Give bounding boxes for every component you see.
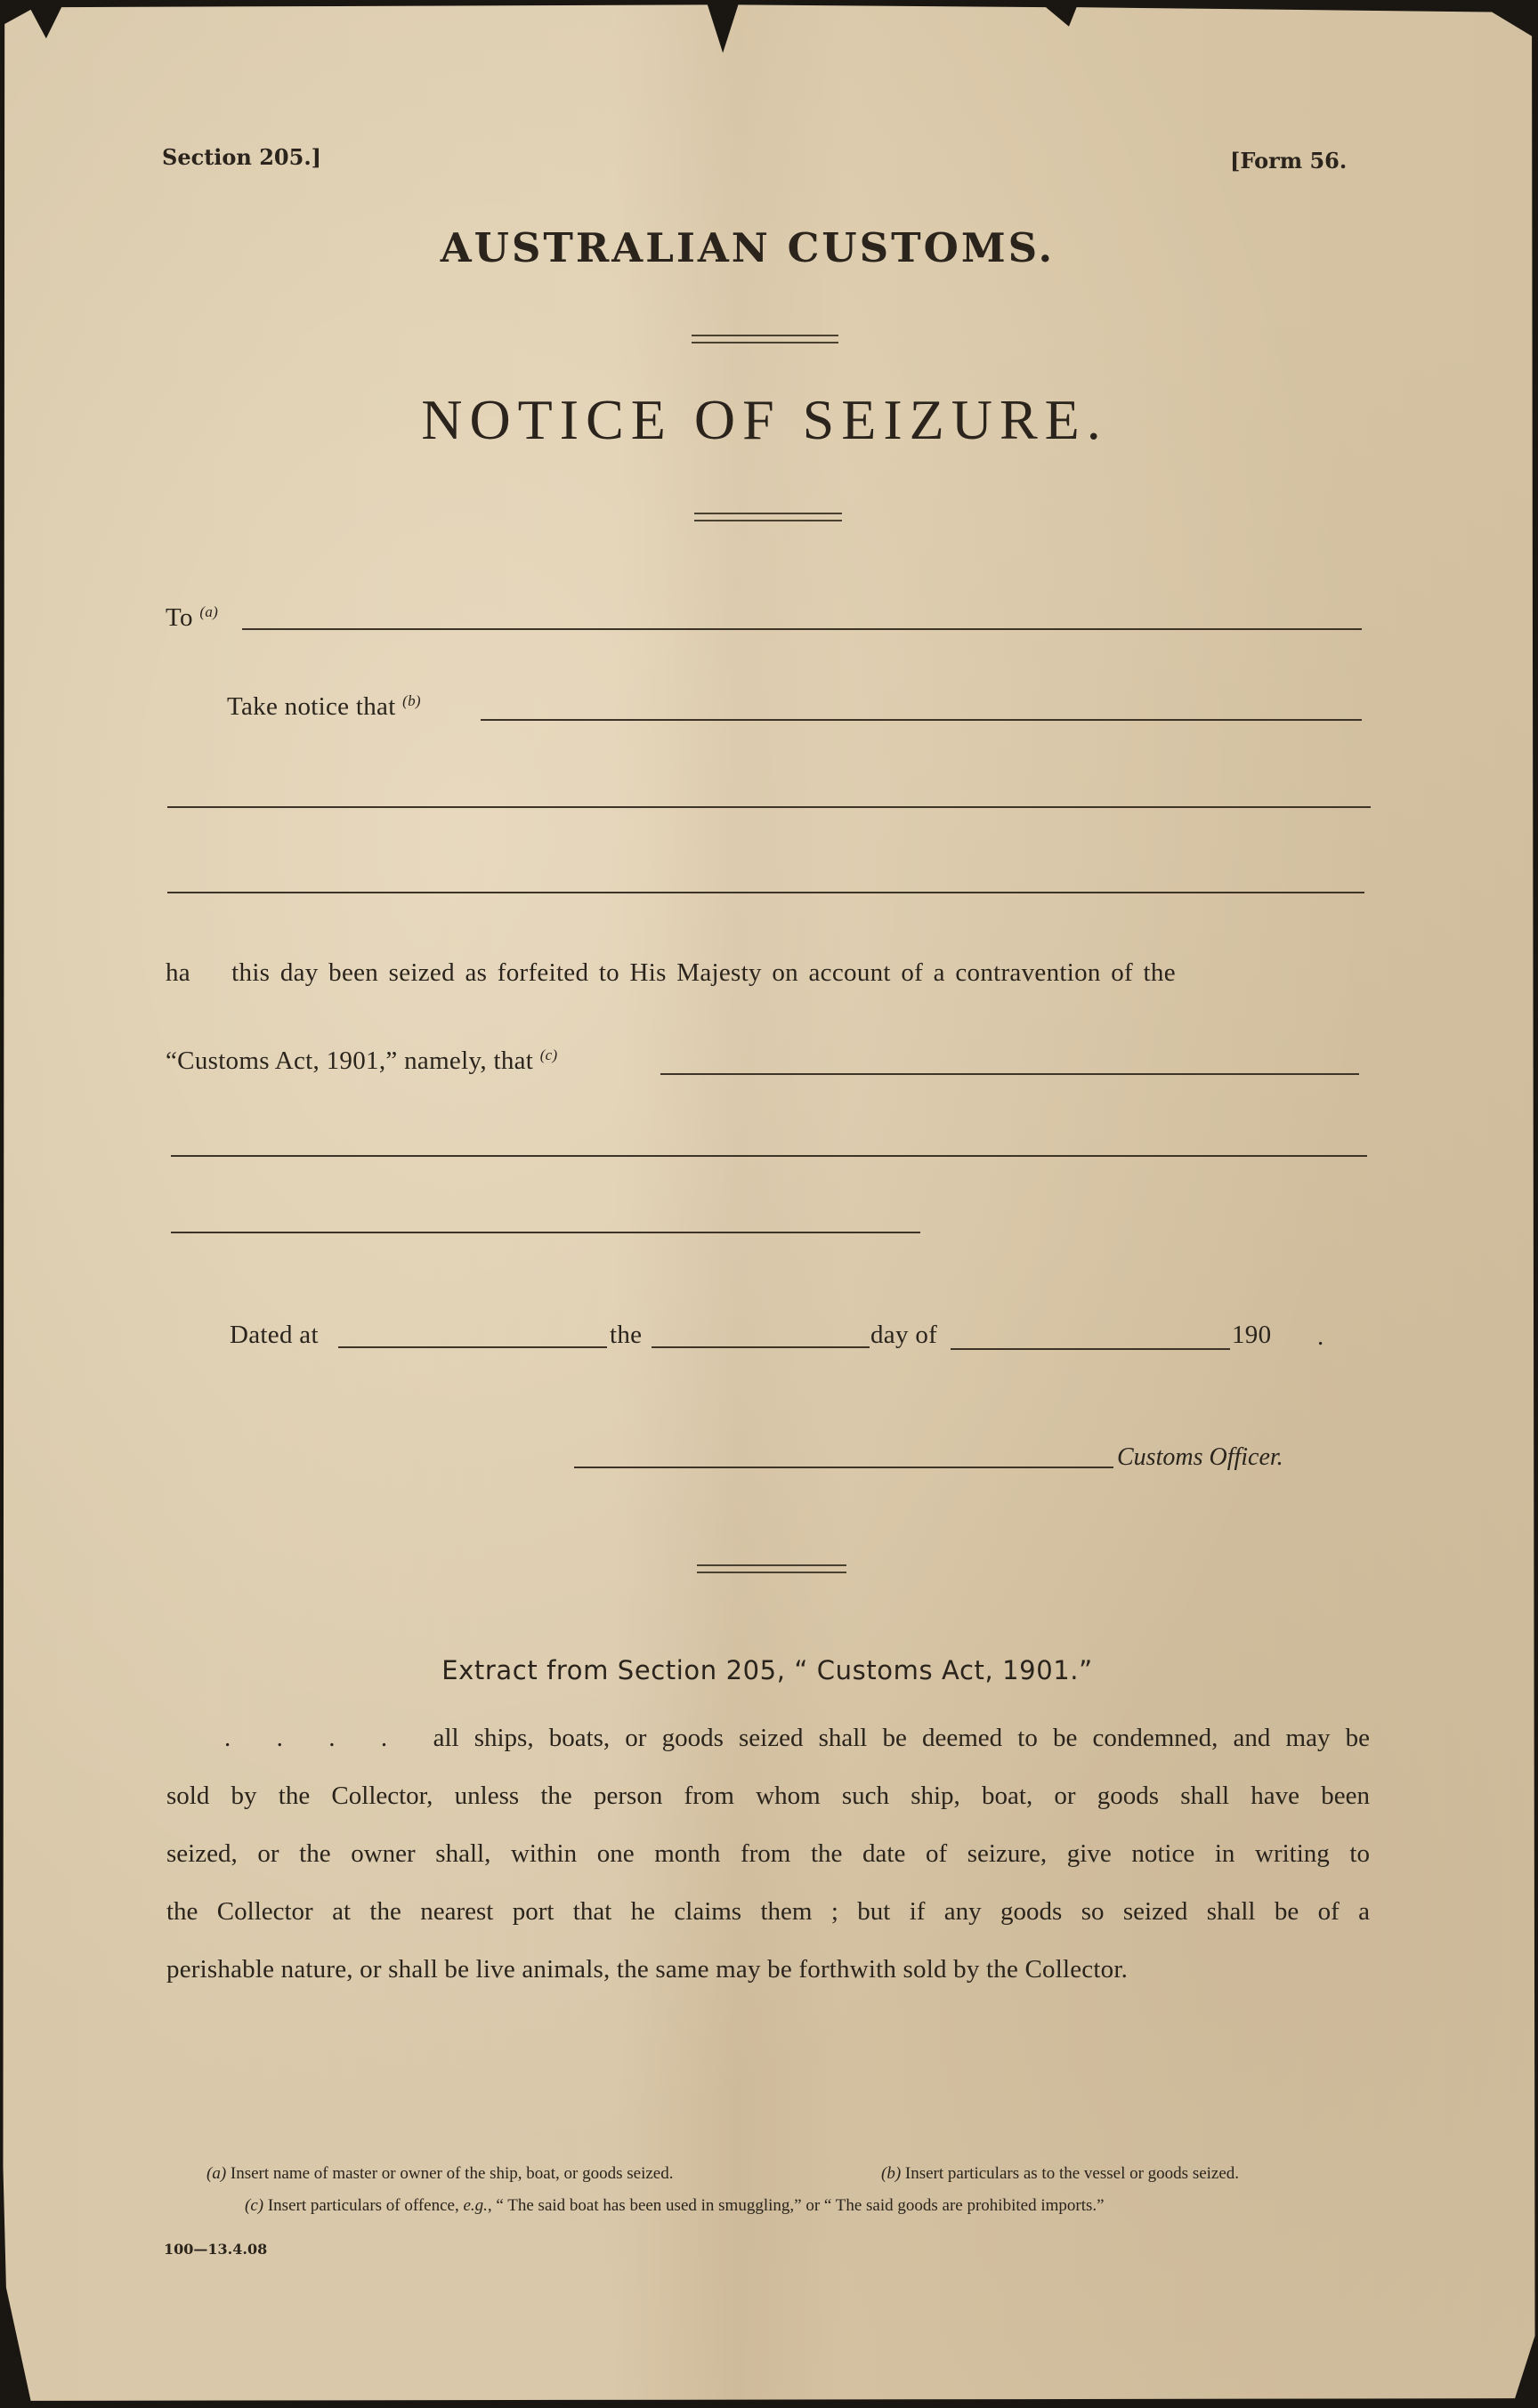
offence-particulars-field-1[interactable] [660, 1073, 1359, 1075]
year-prefix: 190 [1232, 1321, 1271, 1350]
customs-officer-signature-field[interactable] [574, 1467, 1113, 1468]
footnote-c-examples: “ The said boat has been used in smuggli… [496, 2196, 1104, 2215]
seized-particulars-field-1[interactable] [481, 719, 1362, 721]
document-title: NOTICE OF SEIZURE. [0, 387, 1538, 453]
footnote-c: (c) Insert particulars of offence, e.g.,… [245, 2196, 1105, 2216]
footnote-marker-b: (b) [402, 692, 421, 709]
footnote-c-marker: (c) [245, 2196, 263, 2215]
year-suffix: . [1317, 1322, 1324, 1352]
footnote-a-marker: (a) [206, 2164, 226, 2183]
section-reference: Section 205.] [162, 144, 321, 170]
footnote-b-text: Insert particulars as to the vessel or g… [905, 2164, 1239, 2183]
to-label: To (a) [166, 603, 218, 633]
extract-heading: Extract from Section 205, “ Customs Act,… [0, 1655, 1538, 1685]
title-divider-top [692, 335, 838, 343]
seized-particulars-field-2[interactable] [167, 806, 1371, 808]
footnote-b: (b) Insert particulars as to the vessel … [881, 2164, 1239, 2184]
extract-divider [697, 1564, 846, 1573]
the-label: the [610, 1321, 642, 1350]
month-field[interactable] [951, 1348, 1230, 1350]
dated-at-label: Dated at [230, 1321, 319, 1350]
footnote-c-text: Insert particulars of offence, [268, 2196, 459, 2215]
take-notice-text: Take notice that [227, 692, 396, 721]
extract-line-5: perishable nature, or shall be live anim… [166, 1955, 1128, 1984]
paper-sheet [0, 0, 1538, 2408]
agency-title-text: AUSTRALIAN CUSTOMS. [441, 224, 1055, 271]
take-notice-label: Take notice that (b) [227, 692, 421, 722]
act-text: “Customs Act, 1901,” namely, that [166, 1046, 533, 1075]
extract-line-1: . . . . all ships, boats, or goods seize… [224, 1724, 1370, 1753]
footnote-c-eg: e.g., [463, 2196, 491, 2215]
extract-heading-text: Extract from Section 205, “ Customs Act,… [441, 1655, 1093, 1685]
footnote-a: (a) Insert name of master or owner of th… [206, 2164, 673, 2184]
to-recipient-field[interactable] [242, 628, 1362, 630]
extract-line-4: the Collector at the nearest port that h… [166, 1897, 1370, 1927]
day-field[interactable] [652, 1346, 870, 1348]
day-of-label: day of [870, 1321, 937, 1350]
extract-line-3: seized, or the owner shall, within one m… [166, 1839, 1370, 1869]
footnote-marker-c: (c) [540, 1046, 558, 1063]
to-text: To [166, 603, 193, 632]
offence-particulars-field-3[interactable] [171, 1232, 920, 1233]
seized-particulars-field-3[interactable] [167, 892, 1364, 893]
offence-particulars-field-2[interactable] [171, 1155, 1367, 1157]
customs-officer-label: Customs Officer. [1117, 1443, 1283, 1472]
agency-title: AUSTRALIAN CUSTOMS. [0, 224, 1538, 271]
footnote-a-text: Insert name of master or owner of the sh… [231, 2164, 674, 2183]
document-title-text: NOTICE OF SEIZURE. [421, 388, 1108, 451]
form-number: [Form 56. [1230, 148, 1347, 174]
footnote-marker-a: (a) [199, 603, 218, 620]
print-code: 100—13.4.08 [164, 2241, 267, 2258]
title-divider-bottom [694, 513, 842, 521]
act-label: “Customs Act, 1901,” namely, that (c) [166, 1046, 558, 1076]
extract-line-2: sold by the Collector, unless the person… [166, 1782, 1370, 1811]
seized-statement: ha this day been seized as forfeited to … [166, 958, 1372, 988]
dated-at-place-field[interactable] [338, 1346, 607, 1348]
footnote-b-marker: (b) [881, 2164, 901, 2183]
